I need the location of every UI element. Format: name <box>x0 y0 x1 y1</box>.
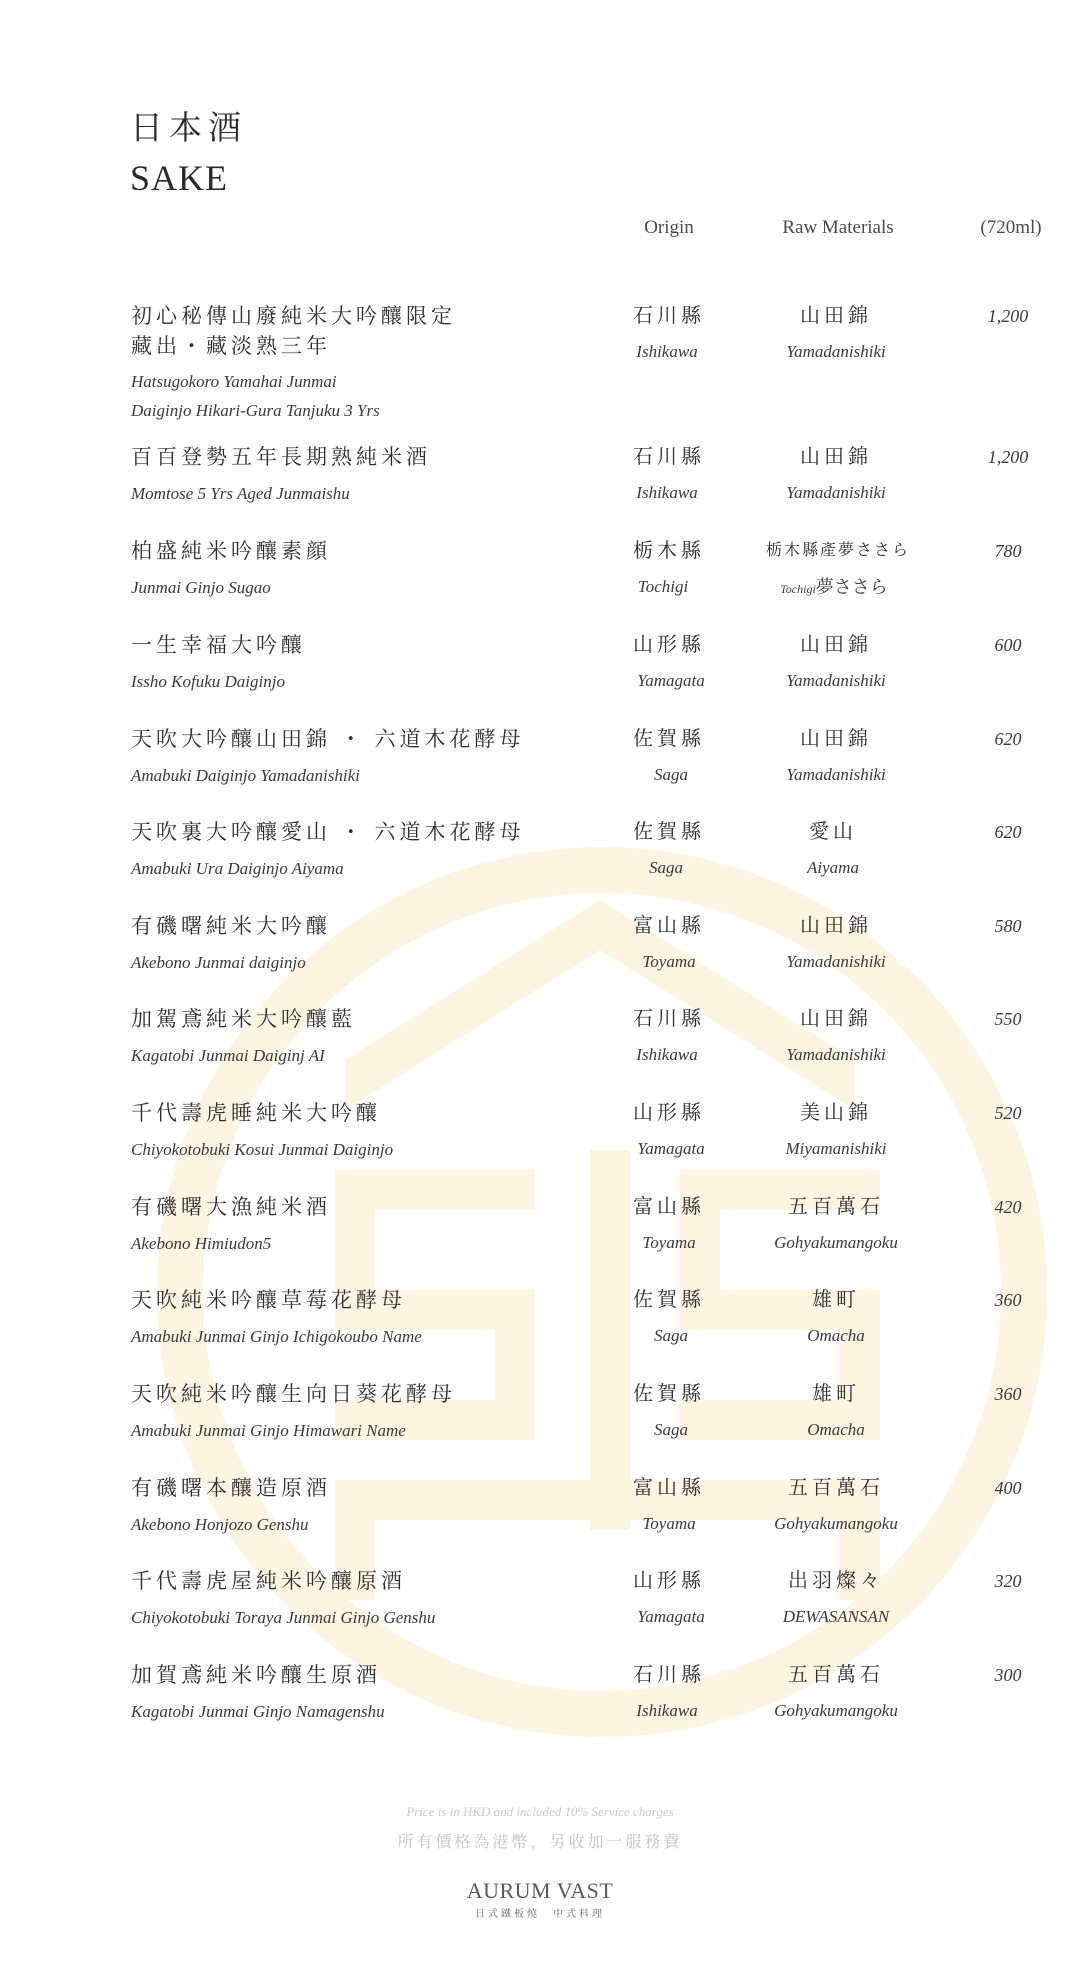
item-name-en: Akebono Junmai daiginjo <box>131 948 306 977</box>
item-origin-cn: 富山縣 <box>633 1192 705 1222</box>
item-price: 320 <box>995 1566 1022 1596</box>
menu-item: 加賀鳶純米吟釀生原酒 Kagatobi Junmai Ginjo Namagen… <box>0 1660 1080 1750</box>
item-rice-cn: 山田錦 <box>800 630 872 660</box>
item-rice-cn: 山田錦 <box>800 442 872 472</box>
item-rice-en: Yamadanishiki <box>786 1041 886 1069</box>
column-header-raw-materials: Raw Materials <box>782 218 893 237</box>
item-price: 780 <box>995 536 1022 566</box>
price-note-cn: 所有價格為港幣，另收加一服務費 <box>397 1829 682 1852</box>
item-rice-en: Omacha <box>807 1416 865 1444</box>
item-name-cn: 有磯曙本釀造原酒 <box>131 1473 331 1503</box>
item-price: 620 <box>995 724 1022 754</box>
item-price: 1,200 <box>988 442 1029 472</box>
menu-item: 千代壽虎屋純米吟釀原酒 Chiyokotobuki Toraya Junmai … <box>0 1566 1080 1656</box>
item-origin-en: Toyama <box>642 948 695 976</box>
item-name-cn: 百百登勢五年長期熟純米酒 <box>131 442 431 472</box>
item-origin-cn: 山形縣 <box>633 1566 705 1596</box>
item-name-en: Junmai Ginjo Sugao <box>131 573 271 602</box>
item-name-en: Amabuki Junmai Ginjo Ichigokoubo Name <box>131 1322 422 1351</box>
item-rice-en-kana: 夢ささら <box>816 577 888 597</box>
item-name-cn: 天吹純米吟釀生向日葵花酵母 <box>131 1379 456 1409</box>
item-name-cn-line2: 藏出・藏淡熟三年 <box>131 331 331 361</box>
item-price: 300 <box>995 1660 1022 1690</box>
item-rice-cn: 美山錦 <box>800 1098 872 1128</box>
item-origin-en: Yamagata <box>637 1135 704 1163</box>
item-name-en: Hatsugokoro Yamahai Junmai <box>131 367 337 396</box>
item-origin-en: Toyama <box>642 1229 695 1257</box>
item-name-cn: 初心秘傳山廢純米大吟釀限定 <box>131 301 456 331</box>
menu-item: 有磯曙本釀造原酒 Akebono Honjozo Genshu 富山縣 Toya… <box>0 1473 1080 1563</box>
item-rice-en: Aiyama <box>807 854 859 882</box>
item-rice-en: Gohyakumangoku <box>774 1697 898 1725</box>
item-origin-cn: 佐賀縣 <box>633 724 705 754</box>
item-name-cn: 有磯曙大漁純米酒 <box>131 1192 331 1222</box>
item-rice-en: Gohyakumangoku <box>774 1229 898 1257</box>
item-origin-cn: 富山縣 <box>633 911 705 941</box>
item-rice-en: DEWASANSAN <box>783 1603 889 1631</box>
item-origin-cn: 栃木縣 <box>633 536 705 566</box>
item-name-cn: 加賀鳶純米吟釀生原酒 <box>131 1660 381 1690</box>
brand-logo: AURUM VAST <box>467 1880 614 1902</box>
item-origin-cn: 石川縣 <box>633 1660 705 1690</box>
item-rice-cn: 五百萬石 <box>788 1473 884 1503</box>
item-name-en: Akebono Himiudon5 <box>131 1229 271 1258</box>
column-header-origin: Origin <box>644 218 694 237</box>
item-origin-en: Yamagata <box>637 1603 704 1631</box>
item-name-en: Akebono Honjozo Genshu <box>131 1510 309 1539</box>
item-price: 360 <box>995 1379 1022 1409</box>
item-price: 400 <box>995 1473 1022 1503</box>
item-rice-cn: 栃木縣產夢ささら <box>766 536 910 566</box>
item-name-cn: 天吹裏大吟釀愛山 ・ 六道木花酵母 <box>131 817 525 847</box>
item-origin-cn: 石川縣 <box>633 1004 705 1034</box>
item-rice-cn: 雄町 <box>812 1379 860 1409</box>
menu-item: 柏盛純米吟釀素顔 Junmai Ginjo Sugao 栃木縣 Tochigi … <box>0 536 1080 626</box>
menu-item: 初心秘傳山廢純米大吟釀限定 藏出・藏淡熟三年 Hatsugokoro Yamah… <box>0 301 1080 391</box>
item-rice-en: Yamadanishiki <box>786 948 886 976</box>
item-rice-cn: 山田錦 <box>800 1004 872 1034</box>
item-price: 600 <box>995 630 1022 660</box>
item-origin-en: Saga <box>654 1322 688 1350</box>
item-origin-cn: 石川縣 <box>633 442 705 472</box>
item-price: 580 <box>995 911 1022 941</box>
menu-item: 加駕鳶純米大吟釀藍 Kagatobi Junmai Daiginj AI 石川縣… <box>0 1004 1080 1094</box>
item-name-en: Amabuki Ura Daiginjo Aiyama <box>131 854 344 883</box>
item-rice-cn: 山田錦 <box>800 911 872 941</box>
item-name-en: Kagatobi Junmai Daiginj AI <box>131 1041 325 1070</box>
item-origin-en: Tochigi <box>638 573 688 601</box>
item-origin-cn: 佐賀縣 <box>633 1379 705 1409</box>
item-name-en: Kagatobi Junmai Ginjo Namagenshu <box>131 1697 385 1726</box>
menu-item: 天吹純米吟釀草莓花酵母 Amabuki Junmai Ginjo Ichigok… <box>0 1285 1080 1375</box>
item-price: 620 <box>995 817 1022 847</box>
item-name-en: Chiyokotobuki Toraya Junmai Ginjo Genshu <box>131 1603 435 1632</box>
column-header-volume: (720ml) <box>980 218 1041 237</box>
item-origin-en: Saga <box>649 854 683 882</box>
item-price: 520 <box>995 1098 1022 1128</box>
item-origin-en: Yamagata <box>637 667 704 695</box>
item-name-en-line2: Daiginjo Hikari-Gura Tanjuku 3 Yrs <box>131 396 380 425</box>
item-rice-en: Yamadanishiki <box>786 338 886 366</box>
item-name-cn: 加駕鳶純米大吟釀藍 <box>131 1004 356 1034</box>
item-rice-cn: 愛山 <box>809 817 857 847</box>
item-rice-cn: 五百萬石 <box>788 1192 884 1222</box>
item-rice-cn: 山田錦 <box>800 724 872 754</box>
item-name-cn: 天吹大吟釀山田錦 ・ 六道木花酵母 <box>131 724 525 754</box>
item-rice-en: Omacha <box>807 1322 865 1350</box>
item-name-cn: 柏盛純米吟釀素顔 <box>131 536 331 566</box>
item-origin-en: Ishikawa <box>636 1041 697 1069</box>
menu-item: 天吹純米吟釀生向日葵花酵母 Amabuki Junmai Ginjo Himaw… <box>0 1379 1080 1469</box>
item-origin-cn: 佐賀縣 <box>633 1285 705 1315</box>
item-origin-cn: 石川縣 <box>633 301 705 331</box>
item-origin-en: Saga <box>654 761 688 789</box>
item-rice-en-prefix: Tochigi <box>780 582 816 596</box>
price-note-en: Price is in HKD and included 10% Service… <box>406 1804 673 1820</box>
menu-item: 天吹大吟釀山田錦 ・ 六道木花酵母 Amabuki Daiginjo Yamad… <box>0 724 1080 814</box>
item-origin-en: Ishikawa <box>636 479 697 507</box>
item-name-en: Chiyokotobuki Kosui Junmai Daiginjo <box>131 1135 393 1164</box>
item-origin-cn: 山形縣 <box>633 1098 705 1128</box>
item-rice-cn: 出羽燦々 <box>788 1566 884 1596</box>
brand-subtitle: 日式鐵板燒 中式料理 <box>475 1905 605 1920</box>
item-rice-cn: 山田錦 <box>800 301 872 331</box>
menu-item: 百百登勢五年長期熟純米酒 Momtose 5 Yrs Aged Junmaish… <box>0 442 1080 532</box>
item-price: 360 <box>995 1285 1022 1315</box>
item-name-cn: 一生幸福大吟釀 <box>131 630 306 660</box>
item-name-en: Momtose 5 Yrs Aged Junmaishu <box>131 479 350 508</box>
item-name-en: Amabuki Daiginjo Yamadanishiki <box>131 761 360 790</box>
menu-item: 千代壽虎睡純米大吟釀 Chiyokotobuki Kosui Junmai Da… <box>0 1098 1080 1188</box>
item-rice-en: Tochigi夢ささら <box>780 573 888 603</box>
item-origin-cn: 山形縣 <box>633 630 705 660</box>
item-name-cn: 千代壽虎屋純米吟釀原酒 <box>131 1566 406 1596</box>
item-origin-en: Toyama <box>642 1510 695 1538</box>
page-title-cn: 日本酒 <box>130 113 247 146</box>
item-origin-en: Ishikawa <box>636 338 697 366</box>
item-rice-cn: 五百萬石 <box>788 1660 884 1690</box>
menu-item: 有磯曙大漁純米酒 Akebono Himiudon5 富山縣 Toyama 五百… <box>0 1192 1080 1282</box>
item-origin-cn: 佐賀縣 <box>633 817 705 847</box>
item-name-cn: 千代壽虎睡純米大吟釀 <box>131 1098 381 1128</box>
item-origin-en: Ishikawa <box>636 1697 697 1725</box>
item-rice-en: Yamadanishiki <box>786 761 886 789</box>
item-price: 1,200 <box>988 301 1029 331</box>
item-rice-en: Yamadanishiki <box>786 479 886 507</box>
menu-item: 天吹裏大吟釀愛山 ・ 六道木花酵母 Amabuki Ura Daiginjo A… <box>0 817 1080 907</box>
item-rice-en: Miyamanishiki <box>785 1135 886 1163</box>
item-name-en: Issho Kofuku Daiginjo <box>131 667 285 696</box>
item-name-cn: 天吹純米吟釀草莓花酵母 <box>131 1285 406 1315</box>
item-origin-en: Saga <box>654 1416 688 1444</box>
page-title-en: SAKE <box>130 160 228 196</box>
menu-item: 有磯曙純米大吟釀 Akebono Junmai daiginjo 富山縣 Toy… <box>0 911 1080 1001</box>
item-rice-en: Gohyakumangoku <box>774 1510 898 1538</box>
item-name-en: Amabuki Junmai Ginjo Himawari Name <box>131 1416 406 1445</box>
item-price: 550 <box>995 1004 1022 1034</box>
item-origin-cn: 富山縣 <box>633 1473 705 1503</box>
item-rice-en: Yamadanishiki <box>786 667 886 695</box>
item-price: 420 <box>995 1192 1022 1222</box>
menu-item: 一生幸福大吟釀 Issho Kofuku Daiginjo 山形縣 Yamaga… <box>0 630 1080 720</box>
item-name-cn: 有磯曙純米大吟釀 <box>131 911 331 941</box>
sake-menu-page: 日本酒 SAKE Origin Raw Materials (720ml) 初心… <box>0 0 1080 1970</box>
item-rice-cn: 雄町 <box>812 1285 860 1315</box>
